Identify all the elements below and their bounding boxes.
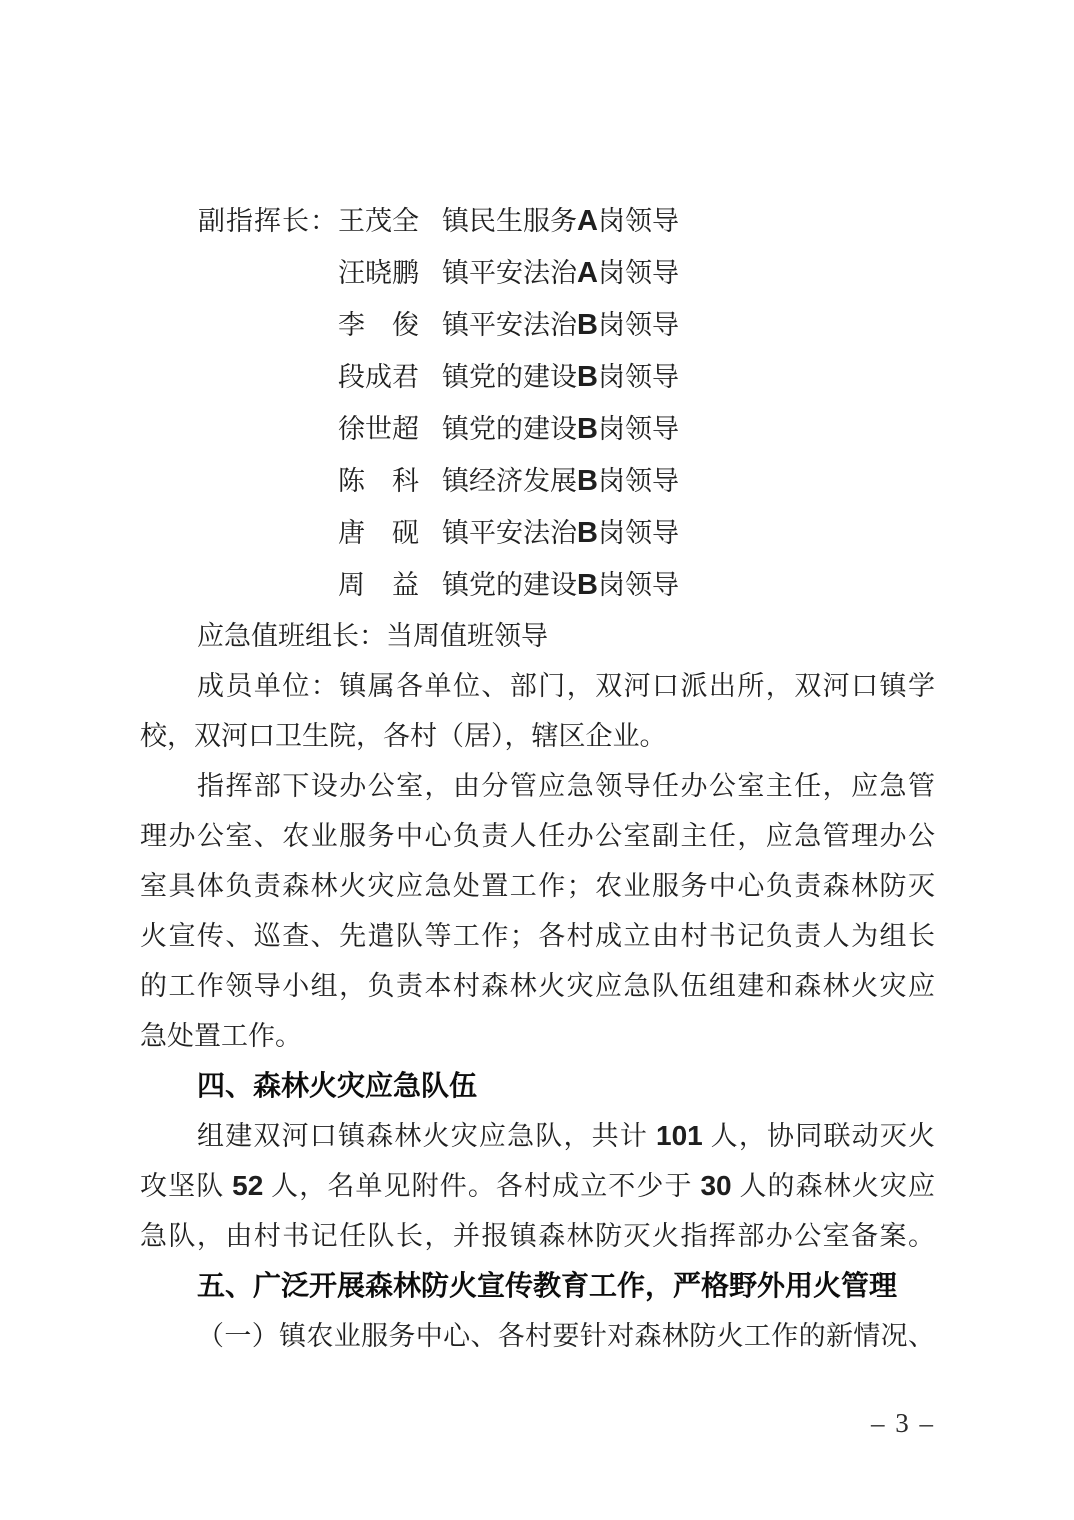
- role-suffix: 岗领导: [598, 206, 679, 236]
- person-name: 段成君: [338, 351, 422, 403]
- role-dept: 镇平安法治: [442, 310, 577, 340]
- section5-paragraph-line: （一）镇农业服务中心、各村要针对森林防火工作的新情况、: [140, 1311, 935, 1361]
- role-suffix: 岗领导: [598, 258, 679, 288]
- role-suffix: 岗领导: [598, 518, 679, 548]
- section-heading-4: 四、森林火灾应急队伍: [140, 1061, 935, 1111]
- hq-office-paragraph: 指挥部下设办公室，由分管应急领导任办公室主任，应急管 理办公室、农业服务中心负责…: [140, 761, 935, 1061]
- person-name: 唐 砚: [338, 507, 422, 559]
- role-dept: 镇党的建设: [442, 570, 577, 600]
- role-dept: 镇平安法治: [442, 518, 577, 548]
- person-name: 陈 科: [338, 455, 422, 507]
- text-run: 人，协同联动灭火: [703, 1121, 935, 1151]
- paragraph-line: 室具体负责森林火灾应急处置工作；农业服务中心负责森林防灭: [140, 861, 935, 911]
- roster-row: 周 益 镇党的建设B岗领导: [140, 559, 935, 611]
- paragraph-line: 急队，由村书记任队长，并报镇森林防灭火指挥部办公室备案。: [140, 1211, 935, 1261]
- person-name: 徐世超: [338, 403, 422, 455]
- duty-leader-line: 应急值班组长：当周值班领导: [140, 611, 935, 661]
- role-suffix: 岗领导: [598, 310, 679, 340]
- paragraph-line: 的工作领导小组，负责本村森林火灾应急队伍组建和森林火灾应: [140, 961, 935, 1011]
- paragraph-line: 组建双河口镇森林火灾应急队，共计 101 人，协同联动灭火: [140, 1111, 935, 1161]
- roster-row: 陈 科 镇经济发展B岗领导: [140, 455, 935, 507]
- roster-label: 副指挥长：: [140, 195, 338, 247]
- role-suffix: 岗领导: [598, 362, 679, 392]
- role-dept: 镇民生服务: [442, 206, 577, 236]
- role-suffix: 岗领导: [598, 570, 679, 600]
- role-dept: 镇经济发展: [442, 466, 577, 496]
- roster-row: 段成君 镇党的建设B岗领导: [140, 351, 935, 403]
- person-role: 镇平安法治B岗领导: [442, 507, 679, 559]
- text-run: 人的森林火灾应: [732, 1171, 935, 1201]
- grade-letter: B: [577, 569, 598, 601]
- grade-letter: A: [577, 257, 598, 289]
- member-units-paragraph: 成员单位：镇属各单位、部门，双河口派出所，双河口镇学 校，双河口卫生院，各村（居…: [140, 661, 935, 761]
- role-dept: 镇党的建设: [442, 414, 577, 444]
- text-run: 人，名单见附件。各村成立不少于: [263, 1171, 700, 1201]
- paragraph-line: 成员单位：镇属各单位、部门，双河口派出所，双河口镇学: [140, 661, 935, 711]
- role-suffix: 岗领导: [598, 414, 679, 444]
- person-name: 王茂全: [338, 195, 422, 247]
- paragraph-line: 火宣传、巡查、先遣队等工作；各村成立由村书记负责人为组长: [140, 911, 935, 961]
- document-body: 副指挥长： 王茂全 镇民生服务A岗领导 汪晓鹏 镇平安法治A岗领导 李 俊 镇平…: [140, 195, 935, 1361]
- page-number: – 3 –: [871, 1408, 935, 1439]
- role-suffix: 岗领导: [598, 466, 679, 496]
- section4-paragraph: 组建双河口镇森林火灾应急队，共计 101 人，协同联动灭火 攻坚队 52 人，名…: [140, 1111, 935, 1261]
- grade-letter: B: [577, 309, 598, 341]
- paragraph-line: 攻坚队 52 人，名单见附件。各村成立不少于 30 人的森林火灾应: [140, 1161, 935, 1211]
- document-page: 副指挥长： 王茂全 镇民生服务A岗领导 汪晓鹏 镇平安法治A岗领导 李 俊 镇平…: [0, 0, 1074, 1520]
- person-name: 李 俊: [338, 299, 422, 351]
- person-role: 镇党的建设B岗领导: [442, 559, 679, 611]
- count-number: 52: [232, 1170, 263, 1201]
- person-role: 镇平安法治A岗领导: [442, 247, 679, 299]
- roster-row: 李 俊 镇平安法治B岗领导: [140, 299, 935, 351]
- text-run: 组建双河口镇森林火灾应急队，共计: [197, 1121, 656, 1151]
- deputy-commander-roster: 副指挥长： 王茂全 镇民生服务A岗领导 汪晓鹏 镇平安法治A岗领导 李 俊 镇平…: [140, 195, 935, 611]
- grade-letter: A: [577, 205, 598, 237]
- paragraph-line: 校，双河口卫生院，各村（居），辖区企业。: [140, 711, 935, 761]
- paragraph-line: 理办公室、农业服务中心负责人任办公室副主任，应急管理办公: [140, 811, 935, 861]
- person-role: 镇党的建设B岗领导: [442, 351, 679, 403]
- person-name: 周 益: [338, 559, 422, 611]
- person-name: 汪晓鹏: [338, 247, 422, 299]
- grade-letter: B: [577, 517, 598, 549]
- roster-row: 唐 砚 镇平安法治B岗领导: [140, 507, 935, 559]
- paragraph-line: 急处置工作。: [140, 1011, 935, 1061]
- grade-letter: B: [577, 465, 598, 497]
- person-role: 镇平安法治B岗领导: [442, 299, 679, 351]
- section-heading-5: 五、广泛开展森林防火宣传教育工作，严格野外用火管理: [140, 1261, 935, 1311]
- person-role: 镇经济发展B岗领导: [442, 455, 679, 507]
- roster-row: 徐世超 镇党的建设B岗领导: [140, 403, 935, 455]
- roster-row: 汪晓鹏 镇平安法治A岗领导: [140, 247, 935, 299]
- person-role: 镇党的建设B岗领导: [442, 403, 679, 455]
- grade-letter: B: [577, 413, 598, 445]
- role-dept: 镇平安法治: [442, 258, 577, 288]
- roster-row: 副指挥长： 王茂全 镇民生服务A岗领导: [140, 195, 935, 247]
- text-run: 攻坚队: [140, 1171, 232, 1201]
- count-number: 101: [656, 1120, 703, 1151]
- role-dept: 镇党的建设: [442, 362, 577, 392]
- count-number: 30: [700, 1170, 731, 1201]
- person-role: 镇民生服务A岗领导: [442, 195, 679, 247]
- paragraph-line: 指挥部下设办公室，由分管应急领导任办公室主任，应急管: [140, 761, 935, 811]
- grade-letter: B: [577, 361, 598, 393]
